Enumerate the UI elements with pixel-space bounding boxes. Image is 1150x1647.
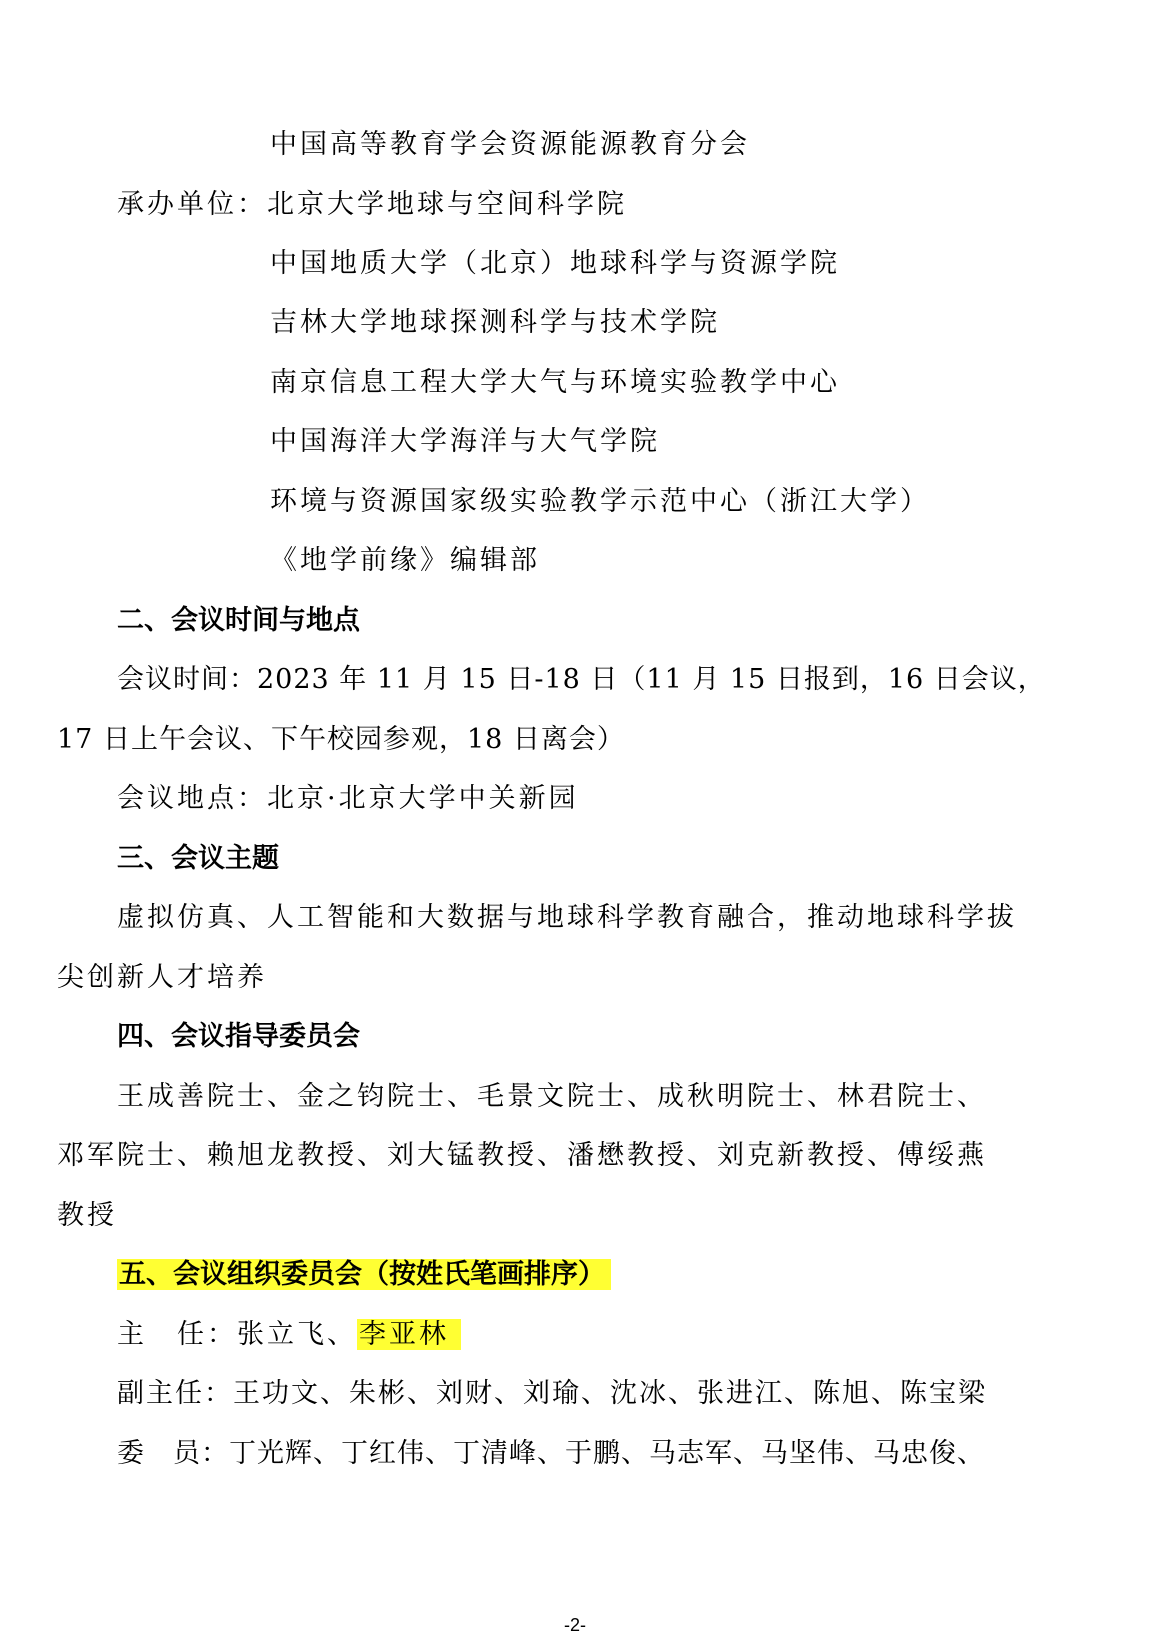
director-names: 张立飞、 [237, 1319, 357, 1350]
page-number: -2- [0, 1615, 1150, 1636]
host-unit: 中国地质大学（北京）地球科学与资源学院 [270, 246, 840, 282]
meeting-time-line: 17 日上午会议、下午校园参观，18 日离会） [57, 722, 625, 758]
host-unit: 南京信息工程大学大气与环境实验教学中心 [270, 365, 840, 401]
document-page: 中国高等教育学会资源能源教育分会 承办单位：北京大学地球与空间科学院 中国地质大… [0, 0, 1150, 1647]
host-units-line: 承办单位：北京大学地球与空间科学院 [117, 187, 627, 223]
committee-members-line: 委 员：丁光辉、丁红伟、丁清峰、于鹏、马志军、马坚伟、马忠俊、 [117, 1436, 985, 1472]
director-line: 主 任：张立飞、李亚林 [117, 1317, 461, 1353]
host-unit: 中国海洋大学海洋与大气学院 [270, 424, 660, 460]
meeting-venue-line: 会议地点：北京·北京大学中关新园 [117, 781, 579, 817]
steering-members-text: 邓军院士、赖旭龙教授、刘大锰教授、潘懋教授、刘克新教授、傅绥燕 [57, 1138, 987, 1174]
steering-members-text: 王成善院士、金之钧院士、毛景文院士、成秋明院士、林君院士、 [117, 1079, 987, 1115]
section-heading-time-venue: 二、会议时间与地点 [117, 603, 360, 639]
host-unit: 环境与资源国家级实验教学示范中心（浙江大学） [270, 484, 930, 520]
highlighted-director-name: 李亚林 [357, 1319, 461, 1350]
highlighted-heading: 五、会议组织委员会（按姓氏笔画排序） [117, 1259, 611, 1290]
theme-text: 虚拟仿真、人工智能和大数据与地球科学教育融合，推动地球科学拔 [117, 900, 1017, 936]
vice-director-line: 副主任：王功文、朱彬、刘财、刘瑜、沈冰、张进江、陈旭、陈宝梁 [117, 1376, 987, 1412]
steering-members-text: 教授 [57, 1198, 117, 1234]
host-unit: 吉林大学地球探测科学与技术学院 [270, 305, 720, 341]
meeting-time-line: 会议时间：2023 年 11 月 15 日-18 日（11 月 15 日报到，1… [117, 662, 1046, 698]
organizer-line: 中国高等教育学会资源能源教育分会 [270, 127, 750, 163]
director-label: 主 任： [117, 1319, 237, 1350]
section-heading-theme: 三、会议主题 [117, 841, 279, 877]
host-unit: 《地学前缘》编辑部 [270, 543, 540, 579]
host-units-label: 承办单位： [117, 189, 267, 220]
section-heading-steering-committee: 四、会议指导委员会 [117, 1019, 360, 1055]
section-heading-organizing-committee: 五、会议组织委员会（按姓氏笔画排序） [117, 1257, 611, 1293]
theme-text: 尖创新人才培养 [57, 960, 267, 996]
host-unit: 北京大学地球与空间科学院 [267, 189, 627, 220]
